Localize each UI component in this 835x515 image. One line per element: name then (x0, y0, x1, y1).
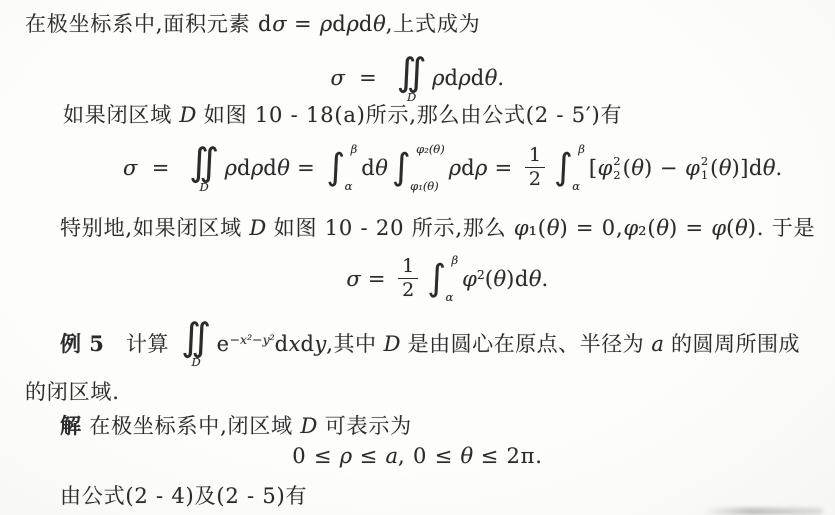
double-integral-icon: ∬ (397, 53, 427, 91)
upper-limit: β (451, 255, 458, 267)
paragraph-solution: 解 在极坐标系中,闭区域 D 可表示为 (60, 410, 412, 440)
integral-theta: ∫ βα (326, 144, 357, 192)
scan-smudge (703, 508, 823, 515)
integral-icon: ∫ (554, 150, 573, 186)
fraction-one-half: 1 2 (525, 145, 545, 191)
phi1-squared-scripts: 21 (701, 154, 708, 183)
double-integral-icon: ∬ (181, 318, 211, 356)
integral-icon: ∫ (392, 150, 411, 186)
double-integral: ∬ D (181, 318, 211, 369)
numerator: 1 (398, 256, 418, 278)
upper-limit: β (351, 144, 358, 156)
formula-lhs: σ = (330, 66, 391, 90)
lower-limit: α (445, 292, 458, 304)
subscript: 2 (613, 168, 620, 182)
example-statement: e−x²−y²dxdy,其中 D 是由圆心在原点、半径为 a 的圆周所围成 (217, 328, 800, 358)
paragraph-by-formulas: 由公式(2 - 4)及(2 - 5)有 (60, 480, 307, 510)
numerator: 1 (525, 145, 545, 167)
integral: ∫ βα (427, 255, 458, 303)
paragraph-special-case: 特别地,如果闭区域 D 如图 10 - 20 所示,那么 φ₁(θ) = 0,φ… (60, 212, 815, 242)
integral-rho: ∫ φ₂(θ)φ₁(θ) (392, 144, 445, 192)
upper-limit: β (578, 144, 585, 156)
lower-limit: α (345, 181, 358, 193)
double-integral-icon: ∬ (189, 143, 219, 181)
f2-body3: ρdρ = (449, 156, 520, 180)
formula-iterated-integral: σ = ∬ D ρdρdθ = ∫ βα dθ ∫ φ₂(θ)φ₁(θ) ρdρ… (123, 132, 783, 204)
f3-rhs: φ2(θ)dθ. (462, 267, 549, 291)
lower-limit: α (572, 181, 585, 193)
f2-tail1: [φ (589, 156, 612, 180)
textbook-page: 在极坐标系中,面积元素 dσ = ρdρdθ,上式成为 σ = ∬ D ρdρd… (0, 0, 835, 515)
f2-body2: dθ (361, 156, 388, 180)
denominator: 2 (398, 278, 418, 302)
paragraph-example-5: 例 5 计算 ∬ D e−x²−y²dxdy,其中 D 是由圆心在原点、半径为 … (60, 314, 800, 372)
formula-region-bounds: 0 ≤ ρ ≤ a, 0 ≤ θ ≤ 2π. (0, 444, 835, 468)
f3-lhs: σ = (346, 267, 393, 291)
integral-icon: ∫ (427, 261, 446, 297)
integral-icon: ∫ (326, 150, 345, 186)
integral-domain-label: D (200, 182, 210, 194)
superscript: 2 (701, 154, 708, 168)
example-label: 例 5 计算 (60, 328, 176, 358)
paragraph-region-d: 如果闭区域 D 如图 10 - 18(a)所示,那么由公式(2 - 5′)有 (63, 99, 622, 129)
formula-sector-area: σ = 1 2 ∫ βα φ2(θ)dθ. (0, 247, 835, 311)
integral-domain-label: D (192, 357, 202, 369)
paragraph-intro: 在极坐标系中,面积元素 dσ = ρdρdθ,上式成为 (25, 8, 480, 38)
phi2-squared-scripts: 22 (613, 154, 620, 183)
upper-limit: φ₂(θ) (416, 144, 445, 156)
double-integral: ∬ D (397, 53, 427, 104)
f2-sigma: σ = (123, 156, 184, 180)
f2-tail2: (θ) − φ (623, 156, 700, 180)
double-integral: ∬ D (189, 143, 219, 194)
f2-body1: ρdρdθ = (225, 156, 323, 180)
superscript: 2 (613, 154, 620, 168)
formula-rhs: ρdρdθ. (432, 66, 504, 90)
lower-limit: φ₁(θ) (410, 181, 445, 193)
fraction-one-half: 1 2 (398, 256, 418, 302)
f2-tail3: (θ)]dθ. (710, 156, 783, 180)
paragraph-continuation: 的闭区域. (25, 376, 120, 406)
subscript: 1 (701, 168, 708, 182)
denominator: 2 (525, 167, 545, 191)
integral-result: ∫ βα (554, 144, 585, 192)
